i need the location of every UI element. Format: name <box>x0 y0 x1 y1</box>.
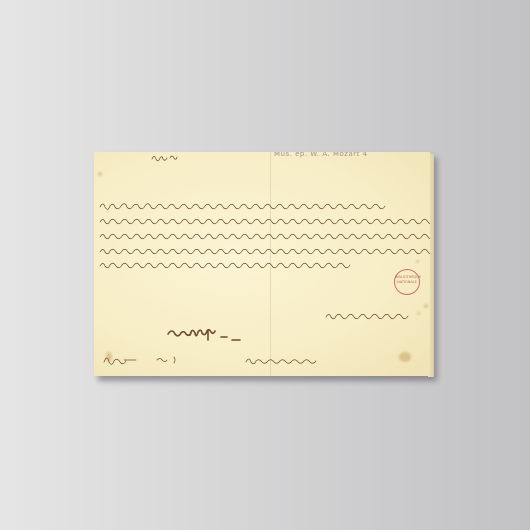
handwriting <box>94 152 430 376</box>
product-photo-scene: Mus. ep. W. A. Mozart 4 BIBLIOTHÈQUE NAT… <box>0 0 530 530</box>
canvas-print: Mus. ep. W. A. Mozart 4 BIBLIOTHÈQUE NAT… <box>94 152 430 376</box>
